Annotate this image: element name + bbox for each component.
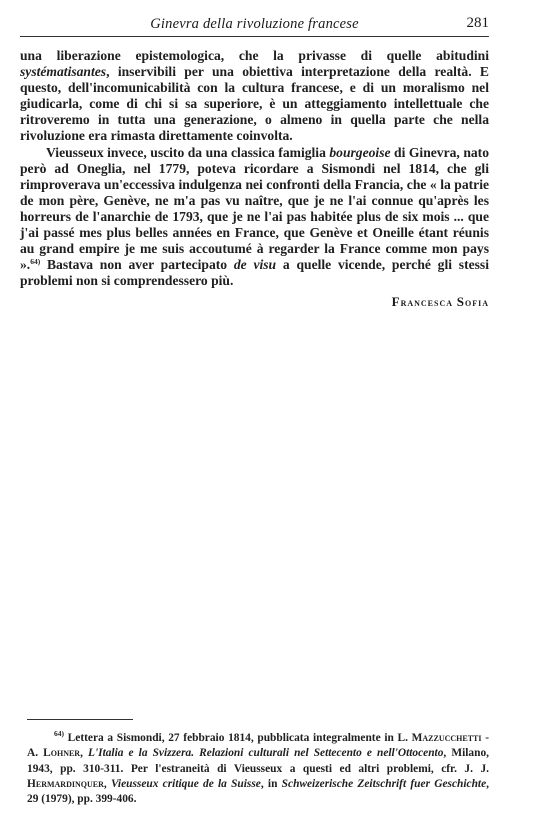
initial: S <box>457 294 465 309</box>
page-number: 281 <box>467 15 490 32</box>
text-run: Lettera a Sismondi, 27 febbraio 1814, pu… <box>64 732 412 744</box>
running-title: Ginevra della rivoluzione francese <box>20 16 489 33</box>
footnote-reference[interactable]: 64) <box>30 257 40 266</box>
author-name: Hermardinquer <box>27 778 104 790</box>
footnote-marker: 64) <box>54 729 64 738</box>
book-title: L'Italia e la Svizzera. Relazioni cultur… <box>88 747 443 759</box>
name-part: ofia <box>465 297 489 309</box>
text-run: , <box>80 747 88 759</box>
author-name: Mazzucchetti <box>412 732 482 744</box>
italic-term: bourgeoise <box>329 145 390 160</box>
text-run: una liberazione epistemologica, che la p… <box>20 48 489 63</box>
footnote-divider <box>27 719 133 720</box>
author-signature: Francesca Sofia <box>392 294 489 310</box>
footnote-64: 64) Lettera a Sismondi, 27 febbraio 1814… <box>27 731 489 807</box>
journal-title: Schweizerische Zeitschrift fuer Geschich… <box>282 778 486 790</box>
initial: F <box>392 294 401 309</box>
italic-term: systématisantes <box>20 64 106 79</box>
text-run: , <box>104 778 111 790</box>
name-part: rancesca <box>401 297 453 309</box>
text-run: Vieusseux invece, uscito da una classica… <box>46 145 329 160</box>
author-name: Lohner <box>43 747 80 759</box>
quotation: di Ginevra, nato però ad Oneglia, nel 17… <box>20 145 489 273</box>
running-head: Ginevra della rivoluzione francese 281 <box>20 14 489 37</box>
body-text: una liberazione epistemologica, che la p… <box>20 48 489 289</box>
text-run: Bastava non aver partecipato <box>40 257 234 272</box>
paragraph-1: una liberazione epistemologica, che la p… <box>20 48 489 145</box>
article-title: Vieusseux critique de la Suisse <box>111 778 261 790</box>
italic-term: de visu <box>234 257 276 272</box>
paragraph-2: Vieusseux invece, uscito da una classica… <box>20 145 489 290</box>
text-run: , in <box>261 778 282 790</box>
